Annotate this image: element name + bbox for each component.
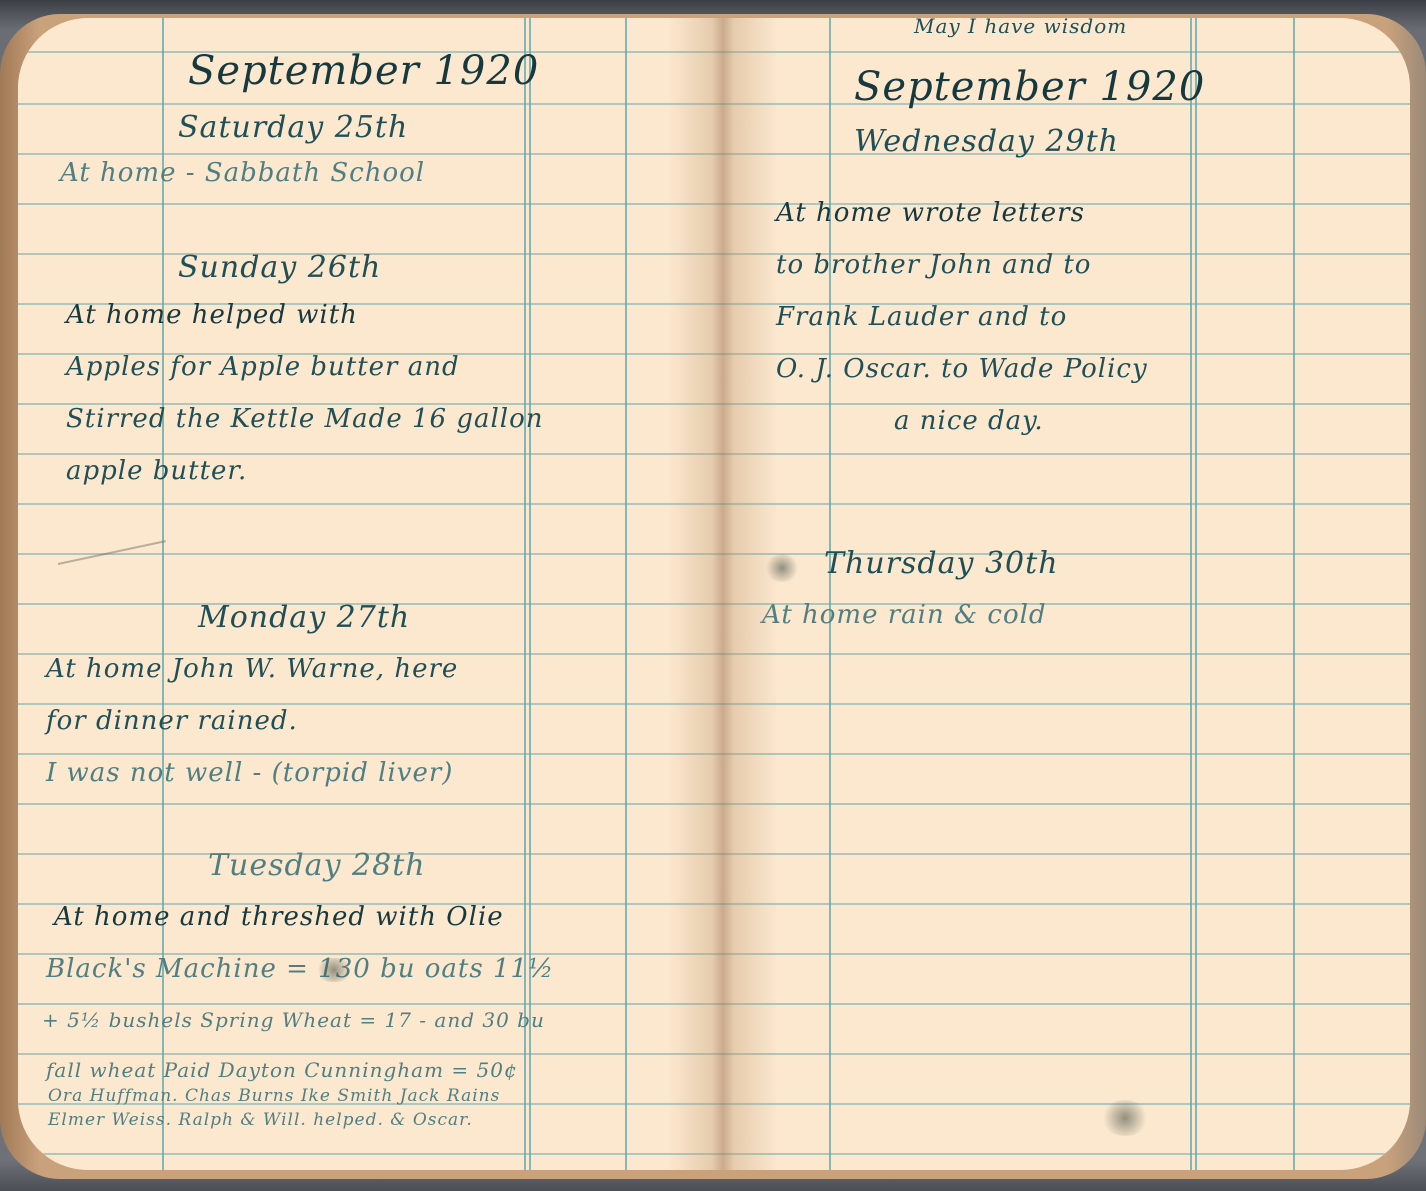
entry-line: At home rain & cold (762, 600, 1047, 630)
entry-line: Black's Machine = 130 bu oats 11½ (46, 954, 554, 984)
top-note: May I have wisdom (914, 18, 1127, 38)
pencil-smudge (1100, 1100, 1150, 1136)
margin-rule (829, 18, 831, 1170)
entry-line: apple butter. (66, 456, 247, 486)
entry-line: Elmer Weiss. Ralph & Will. helped. & Osc… (48, 1110, 473, 1130)
month-heading: September 1920 (854, 64, 1205, 110)
month-heading: September 1920 (188, 48, 539, 94)
day-heading-tuesday: Tuesday 28th (208, 848, 426, 883)
day-heading-saturday: Saturday 25th (178, 110, 408, 145)
entry-line: At home - Sabbath School (60, 158, 425, 188)
ink-smudge (764, 554, 800, 582)
entry-line: At home and threshed with Olie (54, 902, 504, 932)
entry-line: I was not well - (torpid liver) (46, 758, 453, 788)
entry-line: Apples for Apple butter and (66, 352, 460, 382)
column-rule (625, 18, 627, 1170)
left-page: September 1920 Saturday 25th At home - S… (18, 18, 714, 1170)
day-heading-thursday: Thursday 30th (824, 546, 1059, 581)
stray-pencil-mark (58, 540, 166, 565)
entry-line: Ora Huffman. Chas Burns Ike Smith Jack R… (48, 1086, 500, 1106)
ink-smudge (314, 958, 354, 982)
day-heading-monday: Monday 27th (198, 600, 410, 635)
entry-line: At home wrote letters (776, 198, 1085, 228)
right-page: May I have wisdom September 1920 Wednesd… (714, 18, 1410, 1170)
entry-line: Frank Lauder and to (776, 302, 1067, 332)
entry-line: At home helped with (66, 300, 358, 330)
entry-line: to brother John and to (776, 250, 1091, 280)
day-heading-wednesday: Wednesday 29th (854, 124, 1119, 159)
column-rule-double (1190, 18, 1192, 1170)
margin-rule (162, 18, 164, 1170)
entry-line: fall wheat Paid Dayton Cunningham = 50¢ (46, 1058, 518, 1082)
column-rule (1293, 18, 1295, 1170)
day-heading-sunday: Sunday 26th (178, 250, 381, 285)
entry-line: a nice day. (894, 406, 1044, 436)
entry-line: + 5½ bushels Spring Wheat = 17 - and 30 … (42, 1008, 545, 1032)
column-rule-double (524, 18, 526, 1170)
entry-line: for dinner rained. (46, 706, 298, 736)
entry-line: At home John W. Warne, here (46, 654, 458, 684)
diary-open-spread: September 1920 Saturday 25th At home - S… (18, 18, 1410, 1170)
entry-line: Stirred the Kettle Made 16 gallon (66, 404, 544, 434)
entry-line: O. J. Oscar. to Wade Policy (776, 354, 1148, 384)
